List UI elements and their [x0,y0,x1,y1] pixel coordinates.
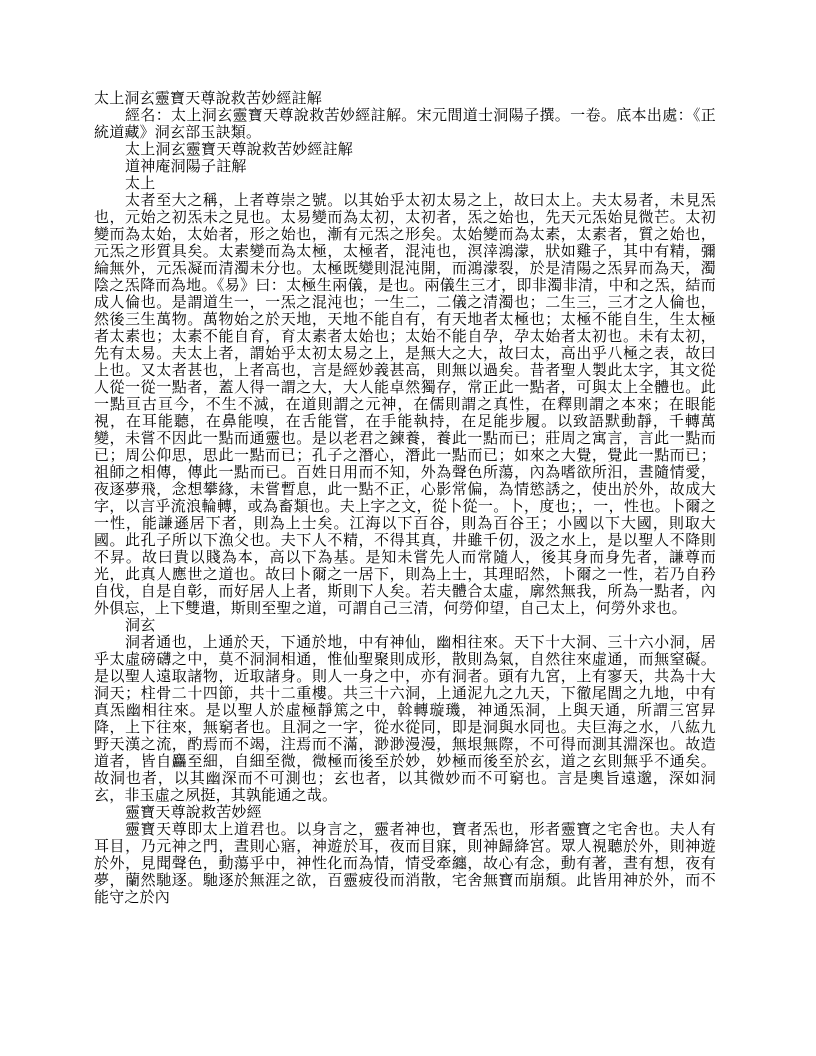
document-page: 太上洞玄靈寶天尊說救苦妙經註解 經名：太上洞玄靈寶天尊說救苦妙經註解。宋元間道士… [0,0,816,1056]
author-line: 道神庵洞陽子註解 [94,159,716,176]
inner-title-line: 太上洞玄靈寶天尊說救苦妙經註解 [94,142,716,159]
section-heading-dongxuan: 洞玄 [94,618,716,635]
colophon-paragraph: 經名：太上洞玄靈寶天尊說救苦妙經註解。宋元間道士洞陽子撰。一卷。底本出處：《正統… [94,108,716,142]
commentary-paragraph-dongxuan: 洞者通也，上通於天，下通於地，中有神仙，幽相往來。天下十大洞、三十六小洞，居乎太… [94,635,716,805]
document-text-block: 太上洞玄靈寶天尊說救苦妙經註解 經名：太上洞玄靈寶天尊說救苦妙經註解。宋元間道士… [94,91,716,907]
section-heading-lingbao: 靈寶天尊說救苦妙經 [94,805,716,822]
section-heading-taishang: 太上 [94,176,716,193]
commentary-paragraph-lingbao: 靈寶天尊即太上道君也。以身言之，靈者神也，寶者炁也，形者靈寶之宅舍也。夫人有耳目… [94,822,716,907]
commentary-paragraph-taishang: 太者至大之稱，上者尊崇之號。以其始乎太初太易之上，故曰太上。夫太易者，未見炁也，… [94,193,716,618]
document-title: 太上洞玄靈寶天尊說救苦妙經註解 [94,91,716,108]
